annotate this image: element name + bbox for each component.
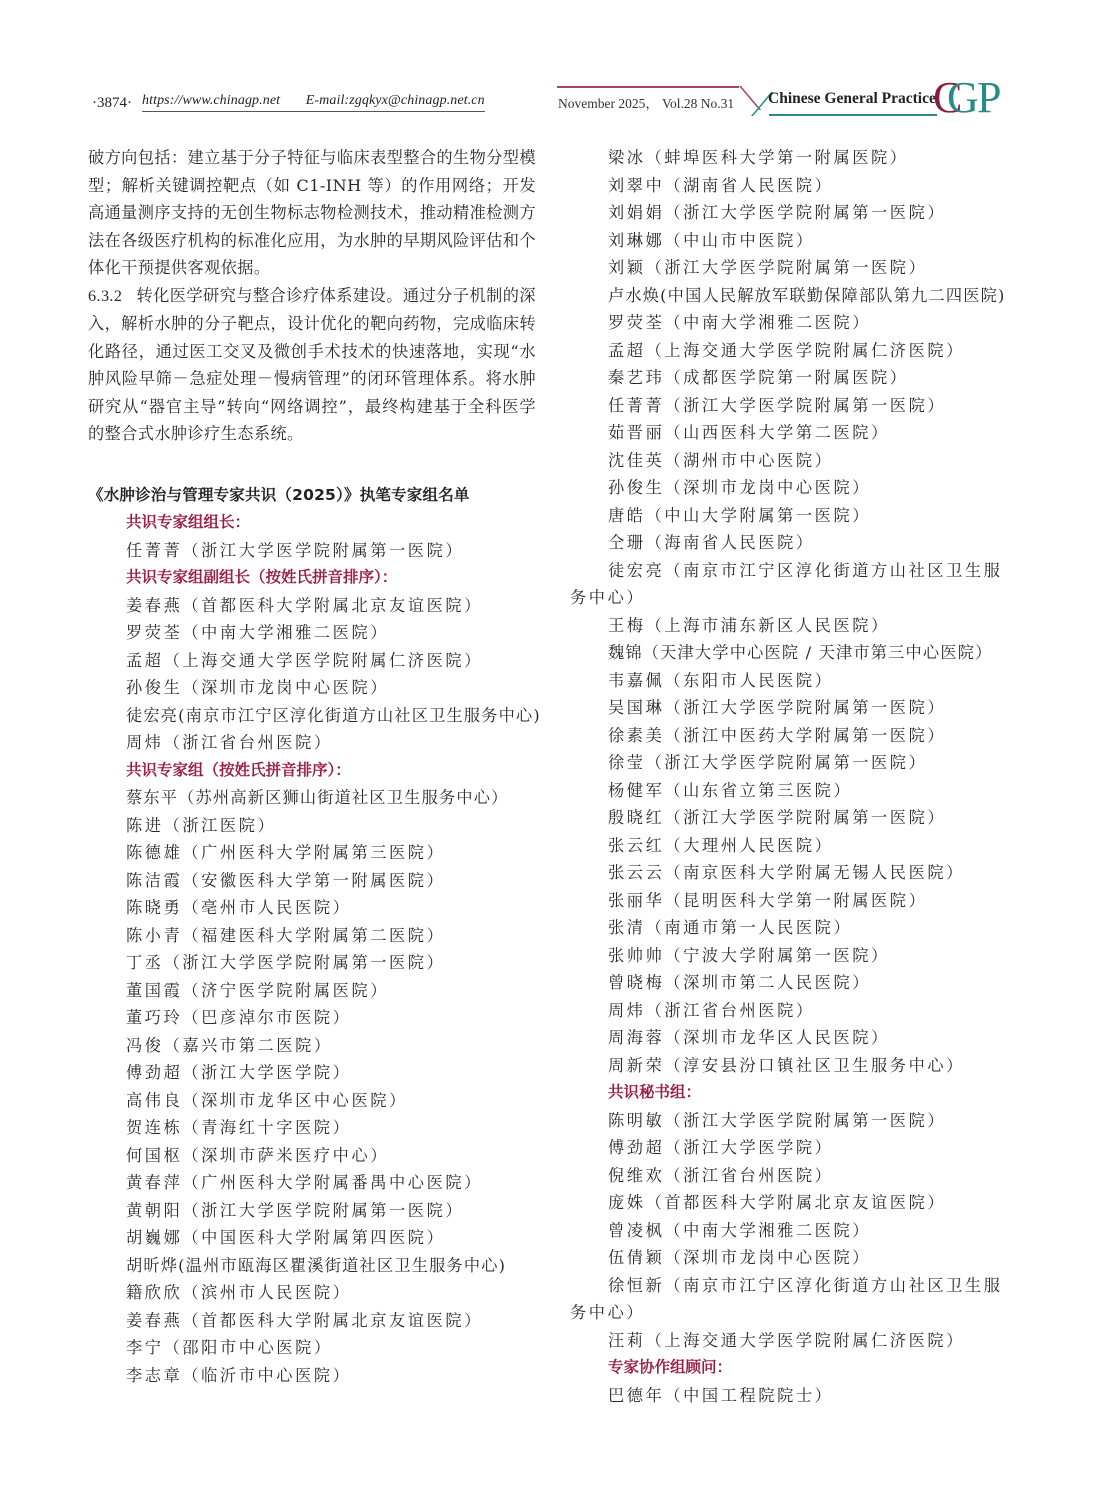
member-item: 陈德雄（广州医科大学附属第三医院）: [88, 839, 536, 867]
member-item: 曾晓梅（深圳市第二人民医院）: [570, 969, 1018, 997]
issue-info: November 2025， Vol.28 No.31: [558, 92, 734, 112]
member-item: 张云红（大理州人民医院）: [570, 832, 1018, 860]
page-number: ·3874·: [92, 95, 132, 112]
member-item: 伍倩颖（深圳市龙岗中心医院）: [570, 1244, 1018, 1272]
section-number: 6.3.2: [88, 287, 122, 305]
member-item: 姜春燕（首都医科大学附属北京友谊医院）: [88, 592, 536, 620]
member-item: 籍欣欣（滨州市人民医院）: [88, 1279, 536, 1307]
group-label-experts: 共识专家组（按姓氏拼音排序）：: [88, 757, 536, 785]
member-item: 周海蓉（深圳市龙华区人民医院）: [570, 1024, 1018, 1052]
member-item: 曾凌枫（中南大学湘雅二医院）: [570, 1217, 1018, 1245]
member-item: 高伟良（深圳市龙华区中心医院）: [88, 1087, 536, 1115]
member-item: 姜春燕（首都医科大学附属北京友谊医院）: [88, 1307, 536, 1335]
member-item: 傅劲超（浙江大学医学院）: [570, 1134, 1018, 1162]
member-item: 刘翠中（湖南省人民医院）: [570, 172, 1018, 200]
left-column: 破方向包括：建立基于分子特征与临床表型整合的生物分型模型；解析关键调控靶点（如 …: [88, 144, 536, 1389]
member-item: 蔡东平（苏州高新区狮山街道社区卫生服务中心）: [88, 784, 536, 812]
member-item: 胡巍娜（中国医科大学附属第四医院）: [88, 1224, 536, 1252]
member-item: 沈佳英（湖州市中心医院）: [570, 447, 1018, 475]
member-item: 孙俊生（深圳市龙岗中心医院）: [88, 674, 536, 702]
member-item: 孙俊生（深圳市龙岗中心医院）: [570, 474, 1018, 502]
group-label-vice-leaders: 共识专家组副组长（按姓氏拼音排序）：: [88, 564, 536, 592]
member-item: 徒宏亮（南京市江宁区淳化街道方山社区卫生服务中心）: [570, 557, 1018, 612]
member-item: 董国霞（济宁医学院附属医院）: [88, 977, 536, 1005]
member-item: 陈进（浙江医院）: [88, 812, 536, 840]
running-header-right: November 2025， Vol.28 No.31 Chinese Gene…: [555, 76, 1025, 126]
member-item: 周炜（浙江省台州医院）: [570, 997, 1018, 1025]
group-label-advisors: 专家协作组顾问：: [570, 1354, 1018, 1382]
member-item: 韦嘉佩（东阳市人民医院）: [570, 667, 1018, 695]
cgp-logo-icon: C G P: [933, 76, 1023, 120]
journal-name: Chinese General Practice: [768, 90, 936, 108]
member-item: 陈明敏（浙江大学医学院附属第一医院）: [570, 1107, 1018, 1135]
member-item: 周炜（浙江省台州医院）: [88, 729, 536, 757]
member-item: 张清（南通市第一人民医院）: [570, 914, 1018, 942]
website-link[interactable]: https://www.chinagp.net: [142, 93, 280, 108]
member-item: 徐恒新（南京市江宁区淳化街道方山社区卫生服务中心）: [570, 1272, 1018, 1327]
member-item: 黄朝阳（浙江大学医学院附属第一医院）: [88, 1197, 536, 1225]
email-link[interactable]: E-mail:zgqkyx@chinagp.net.cn: [306, 93, 485, 108]
member-item: 冯俊（嘉兴市第二医院）: [88, 1032, 536, 1060]
member-item: 任菁菁（浙江大学医学院附属第一医院）: [88, 537, 536, 565]
member-item: 巴德年（中国工程院院士）: [570, 1382, 1018, 1410]
member-item: 陈小青（福建医科大学附属第二医院）: [88, 922, 536, 950]
member-item: 陈洁霞（安徽医科大学第一附属医院）: [88, 867, 536, 895]
member-item: 卢水焕(中国人民解放军联勤保障部队第九二四医院): [570, 282, 1018, 310]
member-item: 张帅帅（宁波大学附属第一医院）: [570, 942, 1018, 970]
member-item: 孟超（上海交通大学医学院附属仁济医院）: [88, 647, 536, 675]
group-label-leader: 共识专家组组长：: [88, 509, 536, 537]
member-item: 刘琳娜（中山市中医院）: [570, 227, 1018, 255]
member-item: 秦艺玮（成都医学院第一附属医院）: [570, 364, 1018, 392]
header-rule-teal: [769, 114, 937, 116]
body-paragraph-1: 破方向包括：建立基于分子特征与临床表型整合的生物分型模型；解析关键调控靶点（如 …: [88, 144, 536, 282]
member-item: 张丽华（昆明医科大学第一附属医院）: [570, 887, 1018, 915]
member-item: 刘颖（浙江大学医学院附属第一医院）: [570, 254, 1018, 282]
member-item: 丁丞（浙江大学医学院附属第一医院）: [88, 949, 536, 977]
member-item: 罗荧荃（中南大学湘雅二医院）: [88, 619, 536, 647]
member-item: 周新荣（淳安县汾口镇社区卫生服务中心）: [570, 1052, 1018, 1080]
header-rule-red: [557, 86, 739, 88]
member-item: 仝珊（海南省人民医院）: [570, 529, 1018, 557]
running-header-left: ·3874· https://www.chinagp.net E-mail:zg…: [92, 90, 485, 112]
member-item: 徒宏亮(南京市江宁区淳化街道方山社区卫生服务中心): [88, 702, 536, 730]
member-item: 王梅（上海市浦东新区人民医院）: [570, 612, 1018, 640]
member-item: 梁冰（蚌埠医科大学第一附属医院）: [570, 144, 1018, 172]
member-item: 刘娟娟（浙江大学医学院附属第一医院）: [570, 199, 1018, 227]
right-column: 梁冰（蚌埠医科大学第一附属医院） 刘翠中（湖南省人民医院） 刘娟娟（浙江大学医学…: [570, 144, 1018, 1409]
member-item: 董巧玲（巴彦淖尔市医院）: [88, 1004, 536, 1032]
member-item: 徐素美（浙江中医药大学附属第一医院）: [570, 722, 1018, 750]
member-item: 何国枢（深圳市萨米医疗中心）: [88, 1142, 536, 1170]
member-item: 殷晓红（浙江大学医学院附属第一医院）: [570, 804, 1018, 832]
member-item: 胡昕烨(温州市瓯海区瞿溪街道社区卫生服务中心): [88, 1252, 536, 1280]
group-label-secretariat: 共识秘书组：: [570, 1079, 1018, 1107]
member-item: 李宁（邵阳市中心医院）: [88, 1334, 536, 1362]
member-item: 茹晋丽（山西医科大学第二医院）: [570, 419, 1018, 447]
member-item: 任菁菁（浙江大学医学院附属第一医院）: [570, 392, 1018, 420]
journal-contact: https://www.chinagp.net E-mail:zgqkyx@ch…: [142, 93, 485, 112]
member-item: 黄春萍（广州医科大学附属番禺中心医院）: [88, 1169, 536, 1197]
member-item: 吴国琳（浙江大学医学院附属第一医院）: [570, 694, 1018, 722]
member-item: 唐皓（中山大学附属第一医院）: [570, 502, 1018, 530]
member-item: 李志章（临沂市中心医院）: [88, 1362, 536, 1390]
member-item: 陈晓勇（亳州市人民医院）: [88, 894, 536, 922]
member-item: 庞姝（首都医科大学附属北京友谊医院）: [570, 1189, 1018, 1217]
member-item: 杨健军（山东省立第三医院）: [570, 777, 1018, 805]
member-item: 汪莉（上海交通大学医学院附属仁济医院）: [570, 1327, 1018, 1355]
member-item: 贺连栋（青海红十字医院）: [88, 1114, 536, 1142]
member-item: 倪维欢（浙江省台州医院）: [570, 1162, 1018, 1190]
member-item: 魏锦（天津大学中心医院 / 天津市第三中心医院）: [570, 639, 1018, 667]
expert-list-title: 《水肿诊治与管理专家共识（2025）》执笔专家组名单: [88, 482, 536, 510]
member-item: 罗荧荃（中南大学湘雅二医院）: [570, 309, 1018, 337]
member-item: 傅劲超（浙江大学医学院）: [88, 1059, 536, 1087]
member-item: 张云云（南京医科大学附属无锡人民医院）: [570, 859, 1018, 887]
body-paragraph-2: 6.3.2转化医学研究与整合诊疗体系建设。通过分子机制的深入，解析水肿的分子靶点…: [88, 282, 536, 448]
member-item: 孟超（上海交通大学医学院附属仁济医院）: [570, 337, 1018, 365]
member-item: 徐莹（浙江大学医学院附属第一医院）: [570, 749, 1018, 777]
